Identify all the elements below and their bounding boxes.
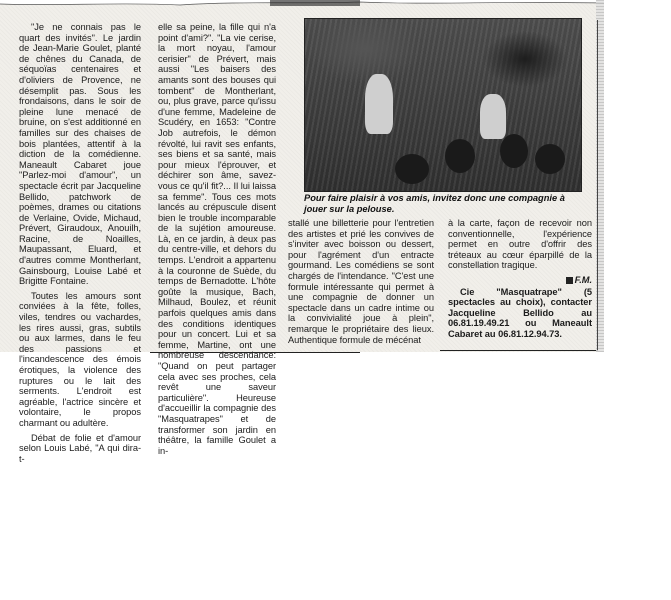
signature-text: F.M. bbox=[575, 275, 592, 285]
paragraph: Débat de folie et d'amour selon Louis La… bbox=[19, 433, 141, 465]
column-rule bbox=[597, 20, 598, 350]
photo-caption: Pour faire plaisir à vos amis, invitez d… bbox=[304, 193, 584, 215]
paragraph: stallé une billetterie pour l'entretien … bbox=[288, 218, 434, 345]
headline-fragment bbox=[270, 0, 360, 6]
photo-audience bbox=[535, 144, 565, 174]
article-column-1: "Je ne connais pas le quart des invités"… bbox=[19, 22, 141, 464]
bottom-rule bbox=[150, 352, 360, 353]
article-photo bbox=[304, 18, 582, 192]
photo-audience bbox=[445, 139, 475, 173]
article-column-3: stallé une billetterie pour l'entretien … bbox=[288, 218, 434, 345]
square-bullet-icon bbox=[566, 277, 573, 284]
bottom-rule bbox=[440, 350, 598, 351]
article-column-2: elle sa peine, la fille qui n'a point d'… bbox=[158, 22, 276, 456]
photo-audience bbox=[500, 134, 528, 168]
paragraph: à la carte, façon de recevoir non conven… bbox=[448, 218, 592, 271]
paragraph: Toutes les amours sont conviées à la fêt… bbox=[19, 291, 141, 429]
author-signature: F.M. bbox=[448, 275, 592, 286]
photo-figure bbox=[480, 94, 506, 139]
paragraph: "Je ne connais pas le quart des invités"… bbox=[19, 22, 141, 287]
contact-info: Cie "Masquatrape" (5 spectacles au choix… bbox=[448, 287, 592, 340]
paragraph: elle sa peine, la fille qui n'a point d'… bbox=[158, 22, 276, 456]
photo-figure bbox=[365, 74, 393, 134]
article-column-4: à la carte, façon de recevoir non conven… bbox=[448, 218, 592, 340]
photo-audience bbox=[395, 154, 429, 184]
newspaper-clipping: "Je ne connais pas le quart des invités"… bbox=[0, 0, 604, 352]
